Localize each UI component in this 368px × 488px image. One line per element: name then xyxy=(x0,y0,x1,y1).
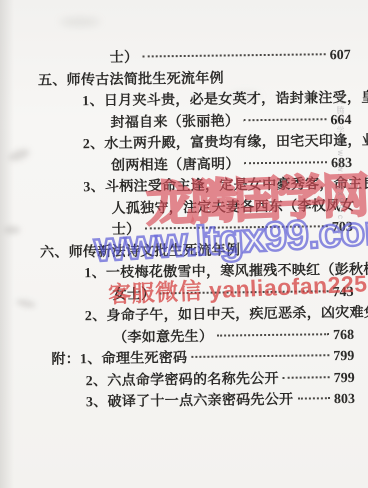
dotted-leader xyxy=(283,376,330,379)
page-number: 683 xyxy=(331,155,352,171)
toc-line: 3、斗柄注受命主逢，定是女中豪秀客，命主良 xyxy=(83,173,352,195)
toc-line: 人孤独守，注定夫妻各西东（李权凤女 xyxy=(111,194,352,216)
toc-entry-text: 六、师传新法诗文批生死流年例 xyxy=(40,239,240,261)
toc-entry-text: 士） xyxy=(112,219,141,239)
dotted-leader xyxy=(142,53,325,57)
dotted-leader xyxy=(159,290,328,294)
toc-line: 1、日月夹斗贵，必是女英才，诰封兼注受，皇 xyxy=(82,87,351,109)
toc-line: 3、破译了十一点六亲密码先公开 803 xyxy=(86,388,355,410)
toc-entry-text: 1、日月夹斗贵，必是女英才，诰封兼注受，皇 xyxy=(82,87,368,111)
toc-entry-text: 封福自来（张丽艳） xyxy=(110,110,239,132)
toc-line: 士） 703 xyxy=(112,216,353,238)
toc-entry-text: 2、六点命学密码的名称先公开 xyxy=(86,367,279,389)
toc-entry-text: 3、破译了十一点六亲密码先公开 xyxy=(86,389,294,412)
table-of-contents: 士） 607 五、师传古法简批生死流年例 1、日月夹斗贵，必是女英才，诰封兼注受… xyxy=(0,0,368,488)
toc-entry-text: 女士） xyxy=(112,283,155,304)
toc-entry-text: 3、斗柄注受命主逢，定是女中豪秀客，命主良 xyxy=(83,173,368,197)
page-number: 799 xyxy=(333,349,354,365)
toc-line: 士） 607 xyxy=(110,44,351,66)
scanned-page: 士） 607 五、师传古法简批生死流年例 1、日月夹斗贵，必是女英才，诰封兼注受… xyxy=(0,0,368,488)
page-number: 664 xyxy=(330,112,351,128)
toc-line: 附：1、命理生死密码 799 xyxy=(51,345,354,368)
toc-entry-text: 五、师传古法简批生死流年例 xyxy=(38,67,224,89)
page-number: 803 xyxy=(334,392,355,408)
toc-line: 2、身命子午，如日中天，疾厄恶杀，凶灾难免 xyxy=(85,302,354,324)
toc-entry-text: （李如意先生） xyxy=(113,325,213,346)
toc-line: 五、师传古法简批生死流年例 xyxy=(38,67,224,88)
toc-line: 女士） 743 xyxy=(112,280,353,302)
toc-line: 创两相连（唐高明） 683 xyxy=(111,151,352,173)
toc-line: 六、师传新法诗文批生死流年例 xyxy=(40,239,240,260)
dotted-leader xyxy=(217,333,329,336)
page-number: 607 xyxy=(330,48,351,64)
toc-entry-text: 人孤独守，注定夫妻各西东（李权凤女 xyxy=(111,194,354,217)
toc-entry-text: 2、身命子午，如日中天，疾厄恶杀，凶灾难免 xyxy=(85,302,368,326)
page-number: 703 xyxy=(332,220,353,236)
dotted-leader xyxy=(191,354,329,358)
toc-line: 2、六点命学密码的名称先公开 799 xyxy=(86,366,355,388)
dotted-leader xyxy=(144,225,327,229)
toc-entry-text: 1、一枝梅花傲雪中，寒风摧残不映红（彭秋桂 xyxy=(84,259,368,283)
toc-entry-text: 2、水土两升殿，富贵均有缘，田宅天印逢，业 xyxy=(83,130,368,154)
toc-line: 2、水土两升殿，富贵均有缘，田宅天印逢，业 xyxy=(83,130,352,152)
toc-line: 1、一枝梅花傲雪中，寒风摧残不映红（彭秋桂 xyxy=(84,259,353,281)
toc-entry-text: 附：1、命理生死密码 xyxy=(51,347,187,369)
toc-entry-text: 士） xyxy=(110,47,139,67)
dotted-leader xyxy=(243,118,326,121)
page-number: 743 xyxy=(333,284,354,300)
page-number: 768 xyxy=(333,327,354,343)
dotted-leader xyxy=(244,161,327,164)
toc-entry-text: 创两相连（唐高明） xyxy=(111,153,240,175)
toc-line: 封福自来（张丽艳） 664 xyxy=(110,108,351,130)
dotted-leader xyxy=(297,397,330,399)
page-number: 799 xyxy=(334,370,355,386)
toc-line: （李如意先生） 768 xyxy=(113,323,354,345)
